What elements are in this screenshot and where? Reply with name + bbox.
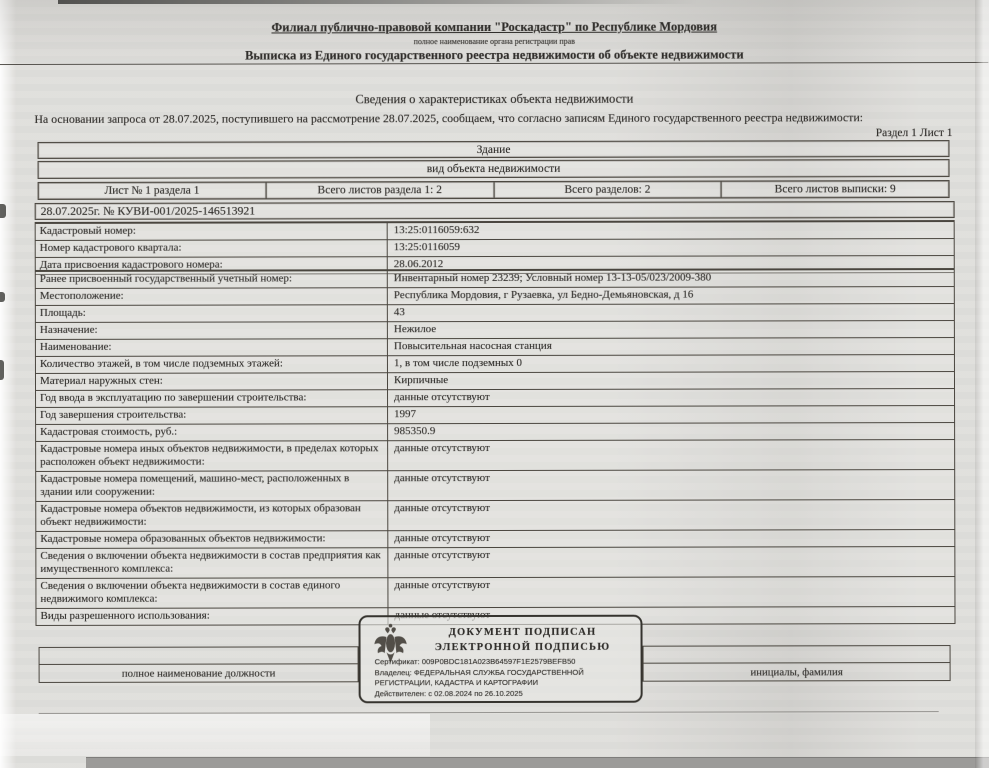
signature-position-caption: полное наименование должности xyxy=(40,664,358,682)
attributes-table-primary: Кадастровый номер: 13:25:0116059:632 Ном… xyxy=(35,220,955,275)
signature-name-caption: инициалы, фамилия xyxy=(644,663,950,681)
attribute-value: 985350.9 xyxy=(388,423,954,440)
attribute-label: Сведения о включении объекта недвижимост… xyxy=(36,548,388,578)
attribute-value: данные отсутствуют xyxy=(388,577,954,607)
attribute-value: данные отсутствуют xyxy=(388,440,954,470)
attribute-label: Материал наружных стен: xyxy=(36,373,388,390)
attribute-label: Номер кадастрового квартала: xyxy=(36,240,388,257)
stamp-owner: Владелец: ФЕДЕРАЛЬНАЯ СЛУЖБА ГОСУДАРСТВЕ… xyxy=(375,668,633,688)
table-row: Год ввода в эксплуатацию по завершении с… xyxy=(36,388,954,407)
table-row: Материал наружных стен: Кирпичные xyxy=(36,371,954,390)
attribute-label: Наименование: xyxy=(36,339,388,356)
attributes-table-secondary: Ранее присвоенный государственный учетны… xyxy=(35,268,956,626)
attribute-label: Кадастровые номера помещений, машино-мес… xyxy=(36,471,388,501)
object-kind-caption-cell: вид объекта недвижимости xyxy=(38,159,950,179)
scan-artifact-edge-mark xyxy=(0,204,6,218)
stamp-title-line1: ДОКУМЕНТ ПОДПИСАН xyxy=(413,625,633,640)
table-row: Кадастровый номер: 13:25:0116059:632 xyxy=(36,221,954,240)
attribute-value: Повысительная насосная станция xyxy=(388,338,954,355)
attribute-label: Назначение: xyxy=(36,322,388,339)
attribute-label: Местоположение: xyxy=(36,288,388,305)
scan-artifact-right-strip xyxy=(975,0,989,768)
table-row: Количество этажей, в том числе подземных… xyxy=(36,354,954,373)
attribute-label: Ранее присвоенный государственный учетны… xyxy=(36,271,388,288)
document-content: Филиал публично-правовой компании "Роска… xyxy=(0,0,989,768)
attribute-label: Кадастровый номер: xyxy=(36,223,388,240)
attribute-value: Кирпичные xyxy=(388,372,954,389)
request-basis-line: На основании запроса от 28.07.2025, пост… xyxy=(34,110,964,127)
attribute-value: данные отсутствуют xyxy=(388,547,954,577)
table-row: Сведения о включении объекта недвижимост… xyxy=(36,576,954,608)
attribute-value: данные отсутствуют xyxy=(388,530,954,547)
registration-org-caption: полное наименование органа регистрации п… xyxy=(34,36,954,47)
sheet-cell-section-lists: Всего листов раздела 1: 2 xyxy=(266,182,494,198)
stamp-validity: Действителен: с 02.08.2024 по 26.10.2025 xyxy=(375,689,633,699)
sheet-info-row: Лист № 1 раздела 1 Всего листов раздела … xyxy=(38,180,950,200)
sheet-cell-total-sections: Всего разделов: 2 xyxy=(494,182,722,198)
attribute-value: данные отсутствуют xyxy=(388,500,954,530)
signature-position-block: полное наименование должности xyxy=(39,646,359,683)
sheet-cell-total-lists: Всего листов выписки: 9 xyxy=(722,181,949,197)
attribute-label: Год ввода в эксплуатацию по завершении с… xyxy=(36,390,388,407)
table-row: Кадастровые номера образованных объектов… xyxy=(36,529,954,548)
table-row: Кадастровые номера иных объектов недвижи… xyxy=(36,439,954,471)
table-row: Наименование: Повысительная насосная ста… xyxy=(36,337,954,356)
attribute-value: данные отсутствуют xyxy=(388,389,954,406)
table-row: Номер кадастрового квартала: 13:25:01160… xyxy=(36,238,954,257)
table-row: Ранее присвоенный государственный учетны… xyxy=(36,269,954,288)
attribute-value: 1997 xyxy=(388,406,954,423)
attribute-value: 1, в том числе подземных 0 xyxy=(388,355,954,372)
attribute-label: Кадастровые номера объектов недвижимости… xyxy=(36,501,388,531)
attribute-label: Кадастровые номера образованных объектов… xyxy=(36,531,388,548)
sheet-cell-list-number: Лист № 1 раздела 1 xyxy=(39,182,267,198)
attribute-label: Количество этажей, в том числе подземных… xyxy=(36,356,388,373)
table-row: Назначение: Нежилое xyxy=(36,320,954,339)
attribute-label: Кадастровая стоимость, руб.: xyxy=(36,424,388,441)
attribute-value: 13:25:0116059 xyxy=(388,239,954,256)
section-title: Сведения о характеристиках объекта недви… xyxy=(34,91,954,108)
stamp-title-line2: ЭЛЕКТРОННОЙ ПОДПИСЬЮ xyxy=(413,640,633,655)
scanned-document-page: Филиал публично-правовой компании "Роска… xyxy=(0,0,989,768)
attribute-label: Площадь: xyxy=(36,305,388,322)
object-kind-cell: Здание xyxy=(37,140,949,159)
signature-name-field xyxy=(644,646,950,664)
attribute-value: 43 xyxy=(388,304,954,321)
table-row: Местоположение: Республика Мордовия, г Р… xyxy=(36,286,954,305)
attribute-label: Год завершения строительства: xyxy=(36,407,388,424)
signature-position-field xyxy=(40,647,358,665)
table-row: Сведения о включении объекта недвижимост… xyxy=(36,546,954,578)
electronic-signature-stamp: ДОКУМЕНТ ПОДПИСАН ЭЛЕКТРОННОЙ ПОДПИСЬЮ С… xyxy=(358,615,642,704)
registration-org-title: Филиал публично-правовой компании "Роска… xyxy=(34,19,954,36)
section-sheet-label: Раздел 1 Лист 1 xyxy=(876,127,953,139)
scan-artifact-edge-mark xyxy=(0,292,5,302)
table-row: Год завершения строительства: 1997 xyxy=(36,405,954,424)
attribute-value: Инвентарный номер 23239; Условный номер … xyxy=(388,270,954,287)
stamp-title: ДОКУМЕНТ ПОДПИСАН ЭЛЕКТРОННОЙ ПОДПИСЬЮ xyxy=(413,625,633,655)
scan-artifact-edge-mark xyxy=(0,360,4,380)
attribute-label: Виды разрешенного использования: xyxy=(36,608,388,625)
signature-name-block: инициалы, фамилия xyxy=(643,645,951,682)
table-row: Площадь: 43 xyxy=(36,303,954,322)
attribute-value: Республика Мордовия, г Рузаевка, ул Бедн… xyxy=(388,287,954,304)
attribute-value: 13:25:0116059:632 xyxy=(388,222,954,239)
scan-artifact-bottom-light xyxy=(0,714,430,756)
scan-artifact-top-band xyxy=(58,0,698,4)
table-row: Кадастровые номера объектов недвижимости… xyxy=(36,499,954,531)
attribute-label: Сведения о включении объекта недвижимост… xyxy=(36,578,388,608)
scan-artifact-bottom-band xyxy=(86,757,989,768)
attribute-value: данные отсутствуют xyxy=(388,470,954,500)
attribute-value: Нежилое xyxy=(388,321,954,338)
table-row: Кадастровая стоимость, руб.: 985350.9 xyxy=(36,422,954,441)
stamp-certificate: Сертификат: 009P0BDC181A023B64597F1E2579… xyxy=(375,657,633,667)
attribute-label: Кадастровые номера иных объектов недвижи… xyxy=(36,441,388,471)
table-row: Кадастровые номера помещений, машино-мес… xyxy=(36,469,954,501)
request-number-cell: 28.07.2025г. № КУВИ-001/2025-146513921 xyxy=(35,201,955,220)
